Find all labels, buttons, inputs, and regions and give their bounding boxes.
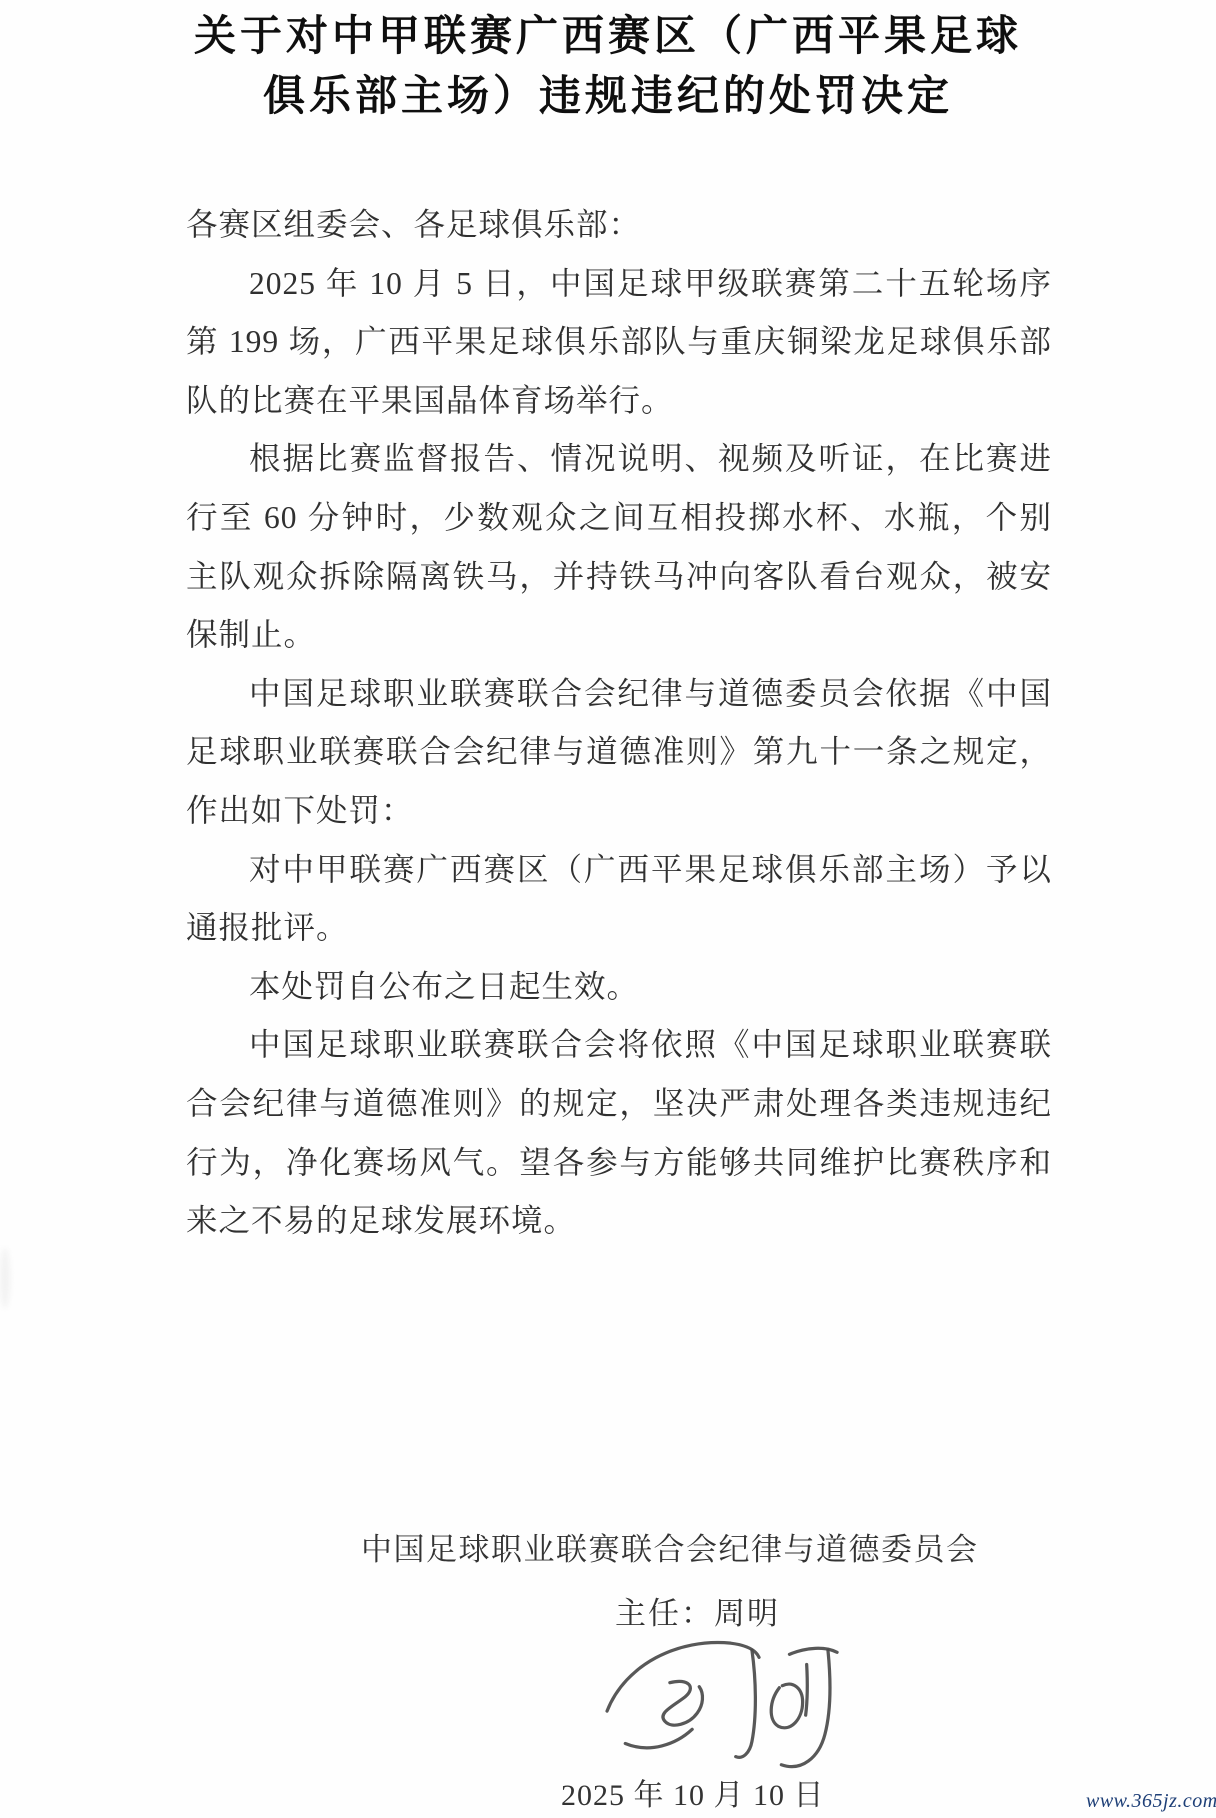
- body-line: 中国足球职业联赛联合会将依照《中国足球职业联赛联: [186, 1016, 1052, 1075]
- issue-date: 2025 年 10 月 10 日: [561, 1770, 825, 1814]
- document-page: 关于对中甲联赛广西赛区（广西平果足球 俱乐部主场）违规违纪的处罚决定 各赛区组委…: [0, 0, 1216, 1818]
- watermark-url: www.365jz.com: [1086, 1790, 1216, 1813]
- body-line: 第 199 场，广西平果足球俱乐部队与重庆铜梁龙足球俱乐部: [186, 313, 1052, 372]
- body-line: 队的比赛在平果国晶体育场举行。: [186, 372, 1052, 431]
- body-line: 行至 60 分钟时，少数观众之间互相投掷水杯、水瓶，个别: [186, 489, 1052, 548]
- body-line: 通报批评。: [186, 899, 1052, 958]
- body-line: 主队观众拆除隔离铁马，并持铁马冲向客队看台观众，被安: [186, 548, 1052, 607]
- document-body: 各赛区组委会、各足球俱乐部：2025 年 10 月 5 日，中国足球甲级联赛第二…: [186, 196, 1052, 1251]
- body-line: 本处罚自公布之日起生效。: [186, 958, 1052, 1017]
- body-line: 足球职业联赛联合会纪律与道德准则》第九十一条之规定，: [186, 723, 1052, 782]
- scan-artifact: [0, 1248, 10, 1308]
- director-signer-line: 主任：周明: [615, 1588, 780, 1633]
- body-line: 中国足球职业联赛联合会纪律与道德委员会依据《中国: [186, 665, 1052, 724]
- title-line-2: 俱乐部主场）违规违纪的处罚决定: [0, 67, 1216, 127]
- body-line: 根据比赛监督报告、情况说明、视频及听证，在比赛进: [186, 430, 1052, 489]
- body-line: 作出如下处罚：: [186, 782, 1052, 841]
- body-line: 对中甲联赛广西赛区（广西平果足球俱乐部主场）予以: [186, 841, 1052, 900]
- body-line: 行为，净化赛场风气。望各参与方能够共同维护比赛秩序和: [186, 1134, 1052, 1193]
- body-line: 2025 年 10 月 5 日，中国足球甲级联赛第二十五轮场序: [186, 255, 1052, 314]
- body-line: 合会纪律与道德准则》的规定，坚决严肃处理各类违规违纪: [186, 1075, 1052, 1134]
- handwritten-signature: [590, 1630, 845, 1782]
- body-line: 各赛区组委会、各足球俱乐部：: [186, 196, 1052, 255]
- document-title: 关于对中甲联赛广西赛区（广西平果足球 俱乐部主场）违规违纪的处罚决定: [0, 7, 1216, 127]
- body-line: 来之不易的足球发展环境。: [186, 1192, 1052, 1251]
- issuing-committee-name: 中国足球职业联赛联合会纪律与道德委员会: [361, 1524, 979, 1569]
- body-line: 保制止。: [186, 606, 1052, 665]
- title-line-1: 关于对中甲联赛广西赛区（广西平果足球: [0, 7, 1216, 67]
